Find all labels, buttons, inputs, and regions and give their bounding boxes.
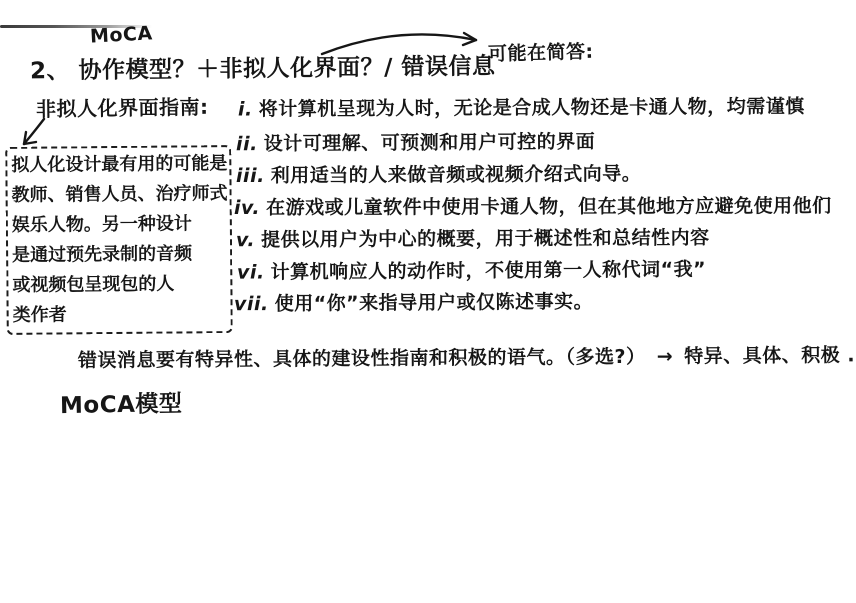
error-note-line: 错误消息要有特异性、具体的建设性指南和积极的语气。（多选?） → 特异、具体、积… [78, 340, 855, 372]
guideline-item-5: v.提供以用户为中心的概要，用于概述性和总结性内容 [236, 223, 710, 252]
side-box-line-4: 是通过预先录制的音频 [12, 239, 226, 271]
side-note-box: 拟人化设计最有用的可能是 教师、销售人员、治疗师式 娱乐人物。另一种设计 是通过… [5, 145, 233, 335]
guideline-num-4: iv. [234, 197, 260, 219]
guideline-num-2: ii. [236, 133, 258, 155]
guideline-num-1: i. [238, 98, 253, 120]
guideline-text-5: 提供以用户为中心的概要，用于概述性和总结性内容 [261, 227, 710, 251]
guideline-text-7: 使用“你”来指导用户或仅陈述事实。 [275, 291, 594, 315]
guideline-item-1: i.将计算机呈现为人时，无论是合成人物还是卡通人物，均需谨慎 [238, 92, 805, 122]
guideline-item-6: vi.计算机响应人的动作时，不使用第一人称代词“我” [237, 254, 706, 284]
guideline-item-7: vii.使用“你”来指导用户或仅陈述事实。 [234, 287, 593, 317]
guideline-item-2: ii.设计可理解、可预测和用户可控的界面 [236, 127, 595, 157]
guideline-num-5: v. [236, 229, 255, 251]
arc-arrow [318, 24, 493, 60]
moca-annotation: MoCA [89, 22, 153, 47]
guideline-item-4: iv.在游戏或儿童软件中使用卡通人物，但在其他地方应避免使用他们 [234, 191, 832, 220]
side-box-line-3: 娱乐人物。另一种设计 [12, 209, 226, 241]
side-box-line-2: 教师、销售人员、治疗师式 [11, 179, 225, 211]
guideline-text-6: 计算机响应人的动作时，不使用第一人称代词“我” [271, 258, 707, 283]
right-arrow-glyph: → [653, 346, 678, 368]
side-box-line-5: 或视频包呈现包的人 [12, 269, 226, 301]
guideline-text-3: 利用适当的人来做音频或视频介绍式向导。 [271, 163, 642, 187]
guideline-num-6: vi. [237, 261, 265, 283]
guideline-item-3: iii.利用适当的人来做音频或视频介绍式向导。 [236, 159, 641, 188]
side-box-line-6: 类作者 [13, 299, 227, 331]
guideline-num-3: iii. [236, 165, 265, 187]
guidelines-label: 非拟人化界面指南: [36, 91, 209, 122]
guideline-text-2: 设计可理解、可预测和用户可控的界面 [264, 131, 596, 155]
footer-moca-model: MoCA模型 [60, 385, 183, 420]
handwritten-note-page: MoCA 2、 协作模型？＋非拟人化界面？/ 错误信息 可能在简答: 非拟人化界… [0, 0, 856, 603]
error-note-text: 错误消息要有特异性、具体的建设性指南和积极的语气。（多选?） [78, 346, 646, 372]
guideline-num-7: vii. [234, 293, 269, 315]
side-box-line-1: 拟人化设计最有用的可能是 [11, 149, 225, 181]
guideline-text-4: 在游戏或儿童软件中使用卡通人物，但在其他地方应避免使用他们 [266, 195, 832, 219]
guideline-text-1: 将计算机呈现为人时，无论是合成人物还是卡通人物，均需谨慎 [259, 96, 805, 121]
error-note-keywords: 特异、具体、积极 . [684, 344, 855, 367]
margin-note: 可能在简答: [488, 37, 594, 67]
